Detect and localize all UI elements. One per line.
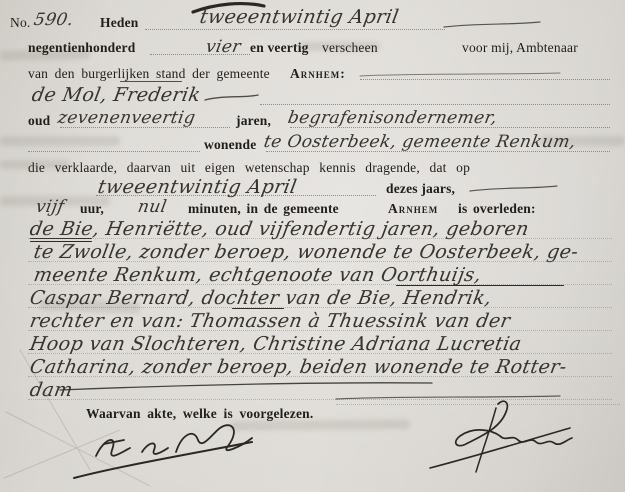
is-overleden-label: is overleden:: [458, 201, 536, 217]
form-dotted-line: [290, 126, 610, 128]
pen-underline: [120, 81, 182, 82]
form-dotted-line: [28, 150, 200, 152]
form-dotted-line: [28, 283, 612, 285]
act-number-label: No.: [10, 15, 30, 31]
negentienhonderd-label: negentienhonderd: [28, 40, 135, 56]
voor-mij-ambtenaar-label: voor mij, Ambtenaar: [462, 40, 578, 56]
death-minutes-handwritten: nul: [136, 197, 168, 217]
pen-dash: [60, 383, 432, 390]
declarant-name-handwritten: de Mol, Frederik: [30, 84, 202, 106]
closing-statement: Waarvan akte, welke is voorgelezen.: [86, 406, 313, 422]
year-handwritten: vier: [204, 37, 242, 57]
form-dotted-line: [28, 329, 612, 331]
form-dotted-line: [28, 260, 612, 262]
uur-label: uur,: [80, 201, 104, 217]
form-dotted-line: [336, 403, 620, 405]
bleedthrough-mark: [0, 136, 120, 146]
arnhem-label: Arnhem: [388, 201, 438, 217]
form-dotted-line: [145, 28, 445, 30]
form-dotted-line: [28, 306, 612, 308]
gemeente-arnhem-label: Arnhem:: [290, 66, 346, 82]
form-dotted-line: [260, 103, 610, 105]
form-dotted-line: [28, 237, 612, 239]
pen-dash: [360, 73, 560, 76]
wonende-label: wonende: [204, 137, 256, 153]
date-handwritten: tweeentwintig April: [198, 6, 401, 28]
burgerlijke-stand-text: van den burgerlijken stand der gemeente: [28, 66, 270, 82]
form-dotted-line: [28, 375, 612, 377]
declarant-signature: [74, 425, 252, 478]
form-dotted-line: [28, 352, 612, 354]
residence-handwritten: te Oosterbeek, gemeente Renkum,: [262, 132, 577, 152]
registrar-signature: [430, 401, 572, 472]
form-dotted-line: [360, 78, 610, 80]
oud-label: oud: [28, 113, 50, 129]
age-handwritten: zevenenveertig: [56, 108, 197, 128]
pen-dash: [444, 22, 540, 27]
dezes-jaars-label: dezes jaars,: [386, 181, 455, 197]
form-dotted-line: [96, 194, 376, 196]
verscheen-label: verscheen: [322, 40, 378, 56]
death-certificate-scan: No. 590. Heden tweeentwintig April negen…: [0, 0, 625, 492]
profession-handwritten: begrafenisondernemer,: [286, 108, 499, 128]
pen-dash: [205, 95, 258, 100]
heden-label: Heden: [100, 15, 139, 31]
verklaring-text: die verklaarde, daarvan uit eigen wetens…: [28, 160, 470, 176]
en-veertig-label: en veertig: [250, 40, 309, 56]
form-dotted-line: [266, 150, 610, 152]
minuten-gemeente-label: minuten, in de gemeente: [188, 201, 339, 217]
form-dotted-line: [28, 398, 612, 400]
death-hour-handwritten: vijf: [34, 197, 66, 217]
form-dotted-line: [60, 126, 230, 128]
pen-dash: [470, 186, 557, 191]
act-number-value: 590.: [32, 10, 75, 30]
jaren-label: jaren,: [236, 113, 271, 129]
